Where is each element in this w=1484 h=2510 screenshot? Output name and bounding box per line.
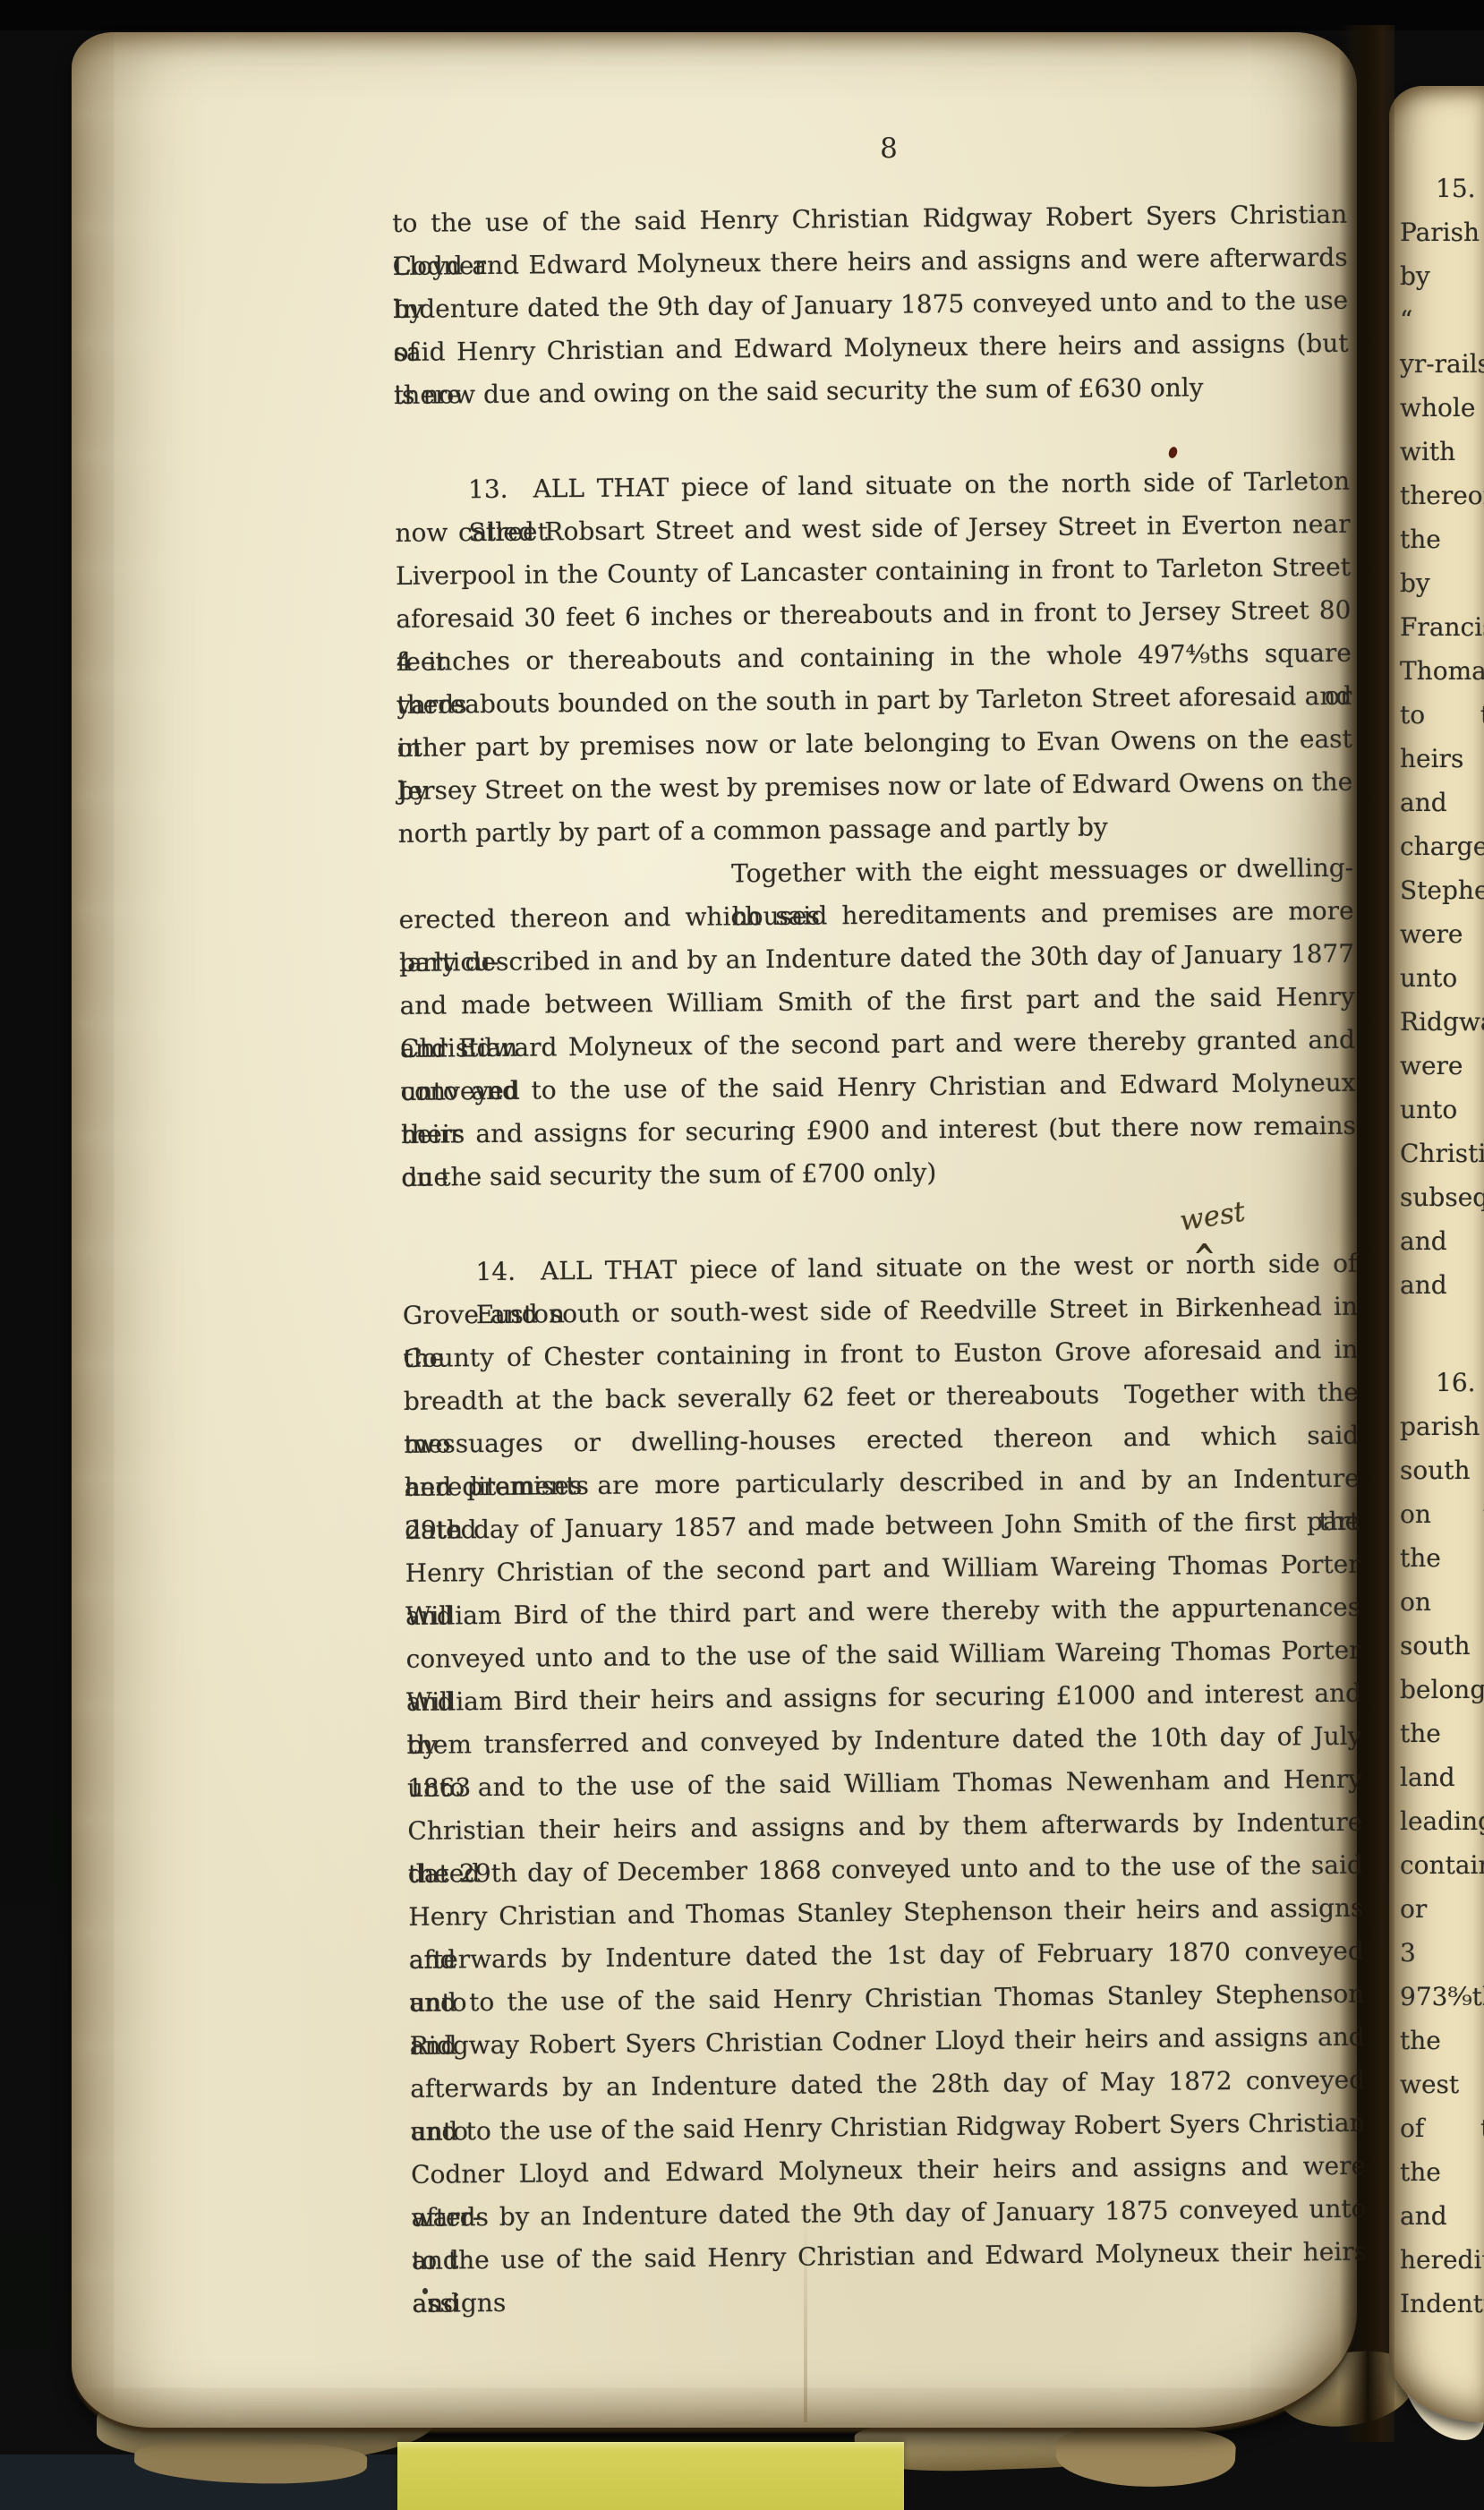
text-line: on the said security the sum of £700 onl… [401,1148,1356,1200]
text-line: Thomas [1400,649,1484,693]
page-number: 8 [857,132,920,165]
text-line: Parish o [1400,210,1484,254]
text-line: 15. [1400,166,1484,210]
text-line: Stephens [1400,868,1484,912]
text-line: on the n [1400,1580,1484,1624]
text-line: Francis [1400,605,1484,649]
text-line: with the [1400,430,1484,474]
page-crease [804,2207,807,2422]
text-line: on the ea [1400,1492,1484,1536]
text-line: the whol [1400,1712,1484,1755]
text-line: by the n [1400,254,1484,298]
text-line: the west [1400,1536,1484,1580]
text-line: south sid [1400,1448,1484,1492]
text-line: were aft [1400,912,1484,956]
text-line: of the sa [1400,2106,1484,2150]
text-line: and prem [1400,781,1484,824]
text-line: thereon [1400,474,1484,517]
text-line: 973⁸⁄₉ths [1400,1975,1484,2019]
left-page: 8 to the use of the said Henry Christian… [72,32,1357,2428]
right-page-text: 15.Parish oby the n“ Fromyr-railswhole b… [1400,166,1484,2378]
text-line: heredita [1400,2238,1484,2282]
book-photo: 8 to the use of the said Henry Christian… [0,0,1484,2510]
text-line: parish o [1400,1404,1484,1448]
text-line: Christian [1400,1131,1484,1175]
text-line: west by [1400,2062,1484,2106]
text-line: is now due and owing on the said securit… [394,365,1349,417]
torn-page-edge [1054,2423,1236,2491]
text-line: subseque [1400,1175,1484,1219]
text-line: the land [1400,517,1484,561]
text-line: and assig [1400,1263,1484,1307]
caret-mark: ^ [1193,1237,1215,1279]
text-line: whole b [1400,386,1484,430]
text-line: to the us [1400,693,1484,737]
text-line: 3 inches [1400,1931,1484,1975]
text-line: unto and [1400,1088,1484,1131]
text-line: south si [1400,1624,1484,1668]
text-line: charged [1400,824,1484,868]
text-line: assigns [412,2274,1367,2326]
main-page-text: to the use of the said Henry Christian R… [392,193,1368,2333]
text-line: “ From [1400,298,1484,342]
text-line: were afte [1400,1044,1484,1088]
text-line: or north [1400,1887,1484,1931]
text-line: leading o [1400,1799,1484,1843]
ink-speck [422,2288,428,2294]
text-line: Indentur [1400,2282,1484,2326]
text-line: the 2 m [1400,2150,1484,2194]
text-line: belongin [1400,1668,1484,1712]
text-line: containin [1400,1843,1484,1887]
gutter-shadow [1339,25,1394,2442]
text-line: and to [1400,1219,1484,1263]
text-line: heirs and [1400,737,1484,781]
text-line: unto and [1400,956,1484,1000]
text-line: yr-rails [1400,342,1484,386]
sticky-note [397,2442,904,2510]
text-line: the east [1400,2019,1484,2062]
text-line: land sit [1400,1755,1484,1799]
text-line: by an I [1400,561,1484,605]
text-line: and 10 [1400,2194,1484,2238]
text-line: Ridgway [1400,1000,1484,1044]
right-page-fragment: 15.Parish oby the n“ Fromyr-railswhole b… [1389,86,1484,2422]
left-page-edge-stack [0,27,231,2494]
text-line: 16. [1400,1361,1484,1404]
